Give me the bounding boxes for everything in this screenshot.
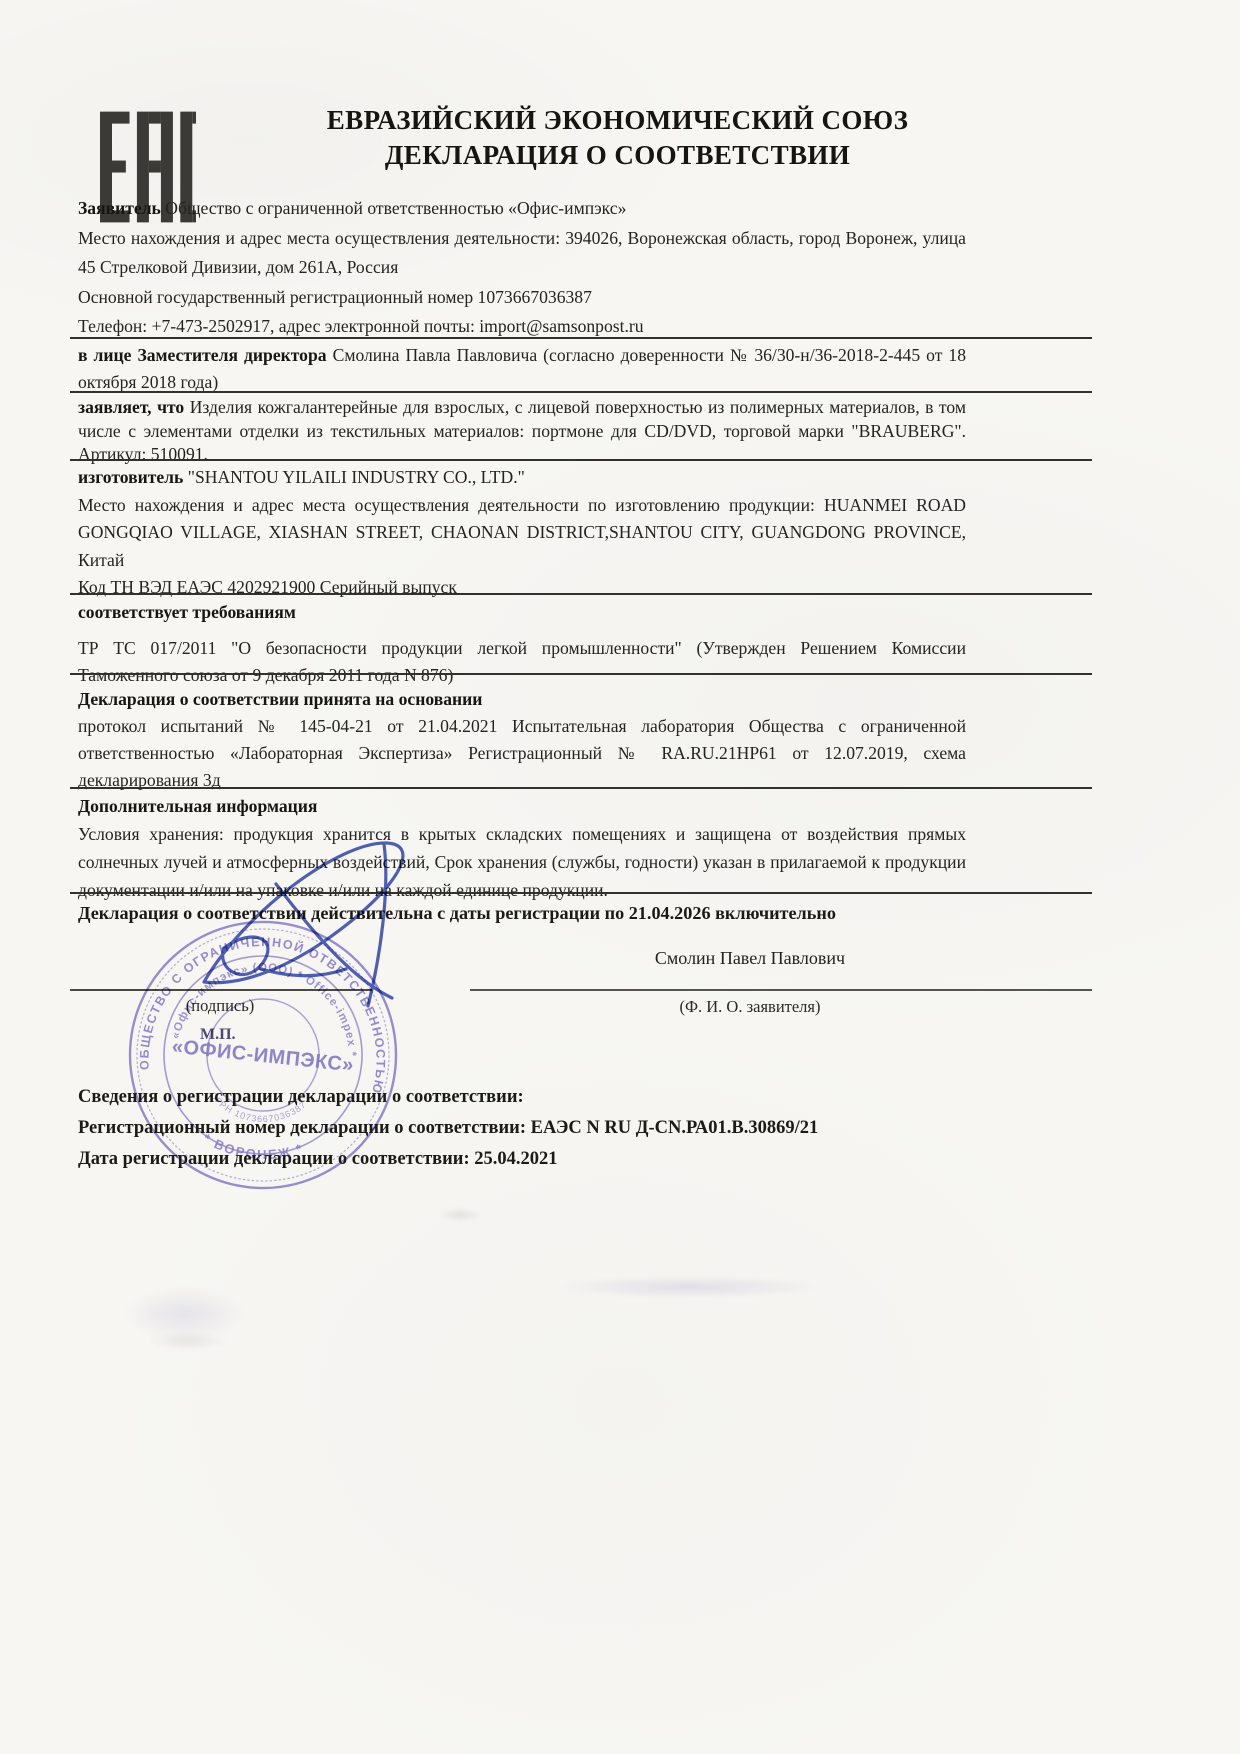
section-basis: Декларация о соответствии принята на осн… bbox=[78, 686, 966, 794]
compliance-label: соответствует требованиям bbox=[78, 602, 296, 622]
document-title: ЕВРАЗИЙСКИЙ ЭКОНОМИЧЕСКИЙ СОЮЗ ДЕКЛАРАЦИ… bbox=[255, 103, 980, 173]
scan-smudge bbox=[560, 1276, 820, 1298]
manufacturer-label: изготовитель bbox=[78, 467, 183, 487]
section-manufacturer: изготовитель "SHANTOU YILAILI INDUSTRY C… bbox=[78, 464, 966, 602]
handwritten-signature bbox=[128, 826, 462, 1030]
basis-text: протокол испытаний № 145-04-21 от 21.04.… bbox=[78, 713, 966, 794]
section-divider bbox=[70, 673, 1092, 675]
section-divider bbox=[70, 593, 1092, 595]
manufacturer-name: "SHANTOU YILAILI INDUSTRY CO., LTD." bbox=[188, 467, 525, 487]
registration-number: Регистрационный номер декларации о соотв… bbox=[78, 1113, 818, 1144]
document-page: ЕВРАЗИЙСКИЙ ЭКОНОМИЧЕСКИЙ СОЮЗ ДЕКЛАРАЦИ… bbox=[0, 0, 1240, 1754]
section-divider bbox=[70, 337, 1092, 339]
applicant-name: Общество с ограниченной ответственностью… bbox=[165, 198, 626, 218]
registration-date: Дата регистрации декларации о соответств… bbox=[78, 1144, 818, 1175]
registration-info: Сведения о регистрации декларации о соот… bbox=[78, 1082, 818, 1175]
applicant-ogrn: Основной государственный регистрационный… bbox=[78, 283, 966, 313]
additional-label: Дополнительная информация bbox=[78, 796, 317, 816]
representative-label: в лице Заместителя директора bbox=[78, 345, 327, 365]
applicant-fullname: Смолин Павел Павлович bbox=[470, 948, 1030, 969]
registration-heading: Сведения о регистрации декларации о соот… bbox=[78, 1082, 818, 1113]
tnved-code-line: Код ТН ВЭД ЕАЭС 4202921900 Серийный выпу… bbox=[78, 574, 966, 602]
compliance-text: ТР ТС 017/2011 "О безопасности продукции… bbox=[78, 635, 966, 689]
scan-smudge bbox=[438, 1208, 482, 1222]
basis-label: Декларация о соответствии принята на осн… bbox=[78, 689, 482, 709]
applicant-label: Заявитель bbox=[78, 198, 161, 218]
title-line-1: ЕВРАЗИЙСКИЙ ЭКОНОМИЧЕСКИЙ СОЮЗ bbox=[255, 103, 980, 138]
section-divider bbox=[70, 391, 1092, 393]
declares-label: заявляет, что bbox=[78, 397, 184, 417]
fullname-line bbox=[470, 989, 1092, 991]
manufacturer-address: Место нахождения и адрес места осуществл… bbox=[78, 492, 966, 575]
section-product: заявляет, что Изделия кожгалантерейные д… bbox=[78, 396, 966, 467]
title-line-2: ДЕКЛАРАЦИЯ О СООТВЕТСТВИИ bbox=[255, 138, 980, 173]
section-divider bbox=[70, 459, 1092, 461]
stamp-center-text: «ОФИС-ИМПЭКС» bbox=[171, 1035, 355, 1076]
section-representative: в лице Заместителя директора Смолина Пав… bbox=[78, 342, 966, 396]
section-divider bbox=[70, 787, 1092, 789]
applicant-address: Место нахождения и адрес места осуществл… bbox=[78, 224, 966, 283]
section-compliance: соответствует требованиям ТР ТС 017/2011… bbox=[78, 599, 966, 689]
scan-smudge bbox=[148, 1332, 228, 1350]
section-applicant: Заявитель Общество с ограниченной ответс… bbox=[78, 194, 966, 342]
fullname-caption: (Ф. И. О. заявителя) bbox=[470, 997, 1030, 1017]
product-description: Изделия кожгалантерейные для взрослых, с… bbox=[78, 397, 966, 464]
